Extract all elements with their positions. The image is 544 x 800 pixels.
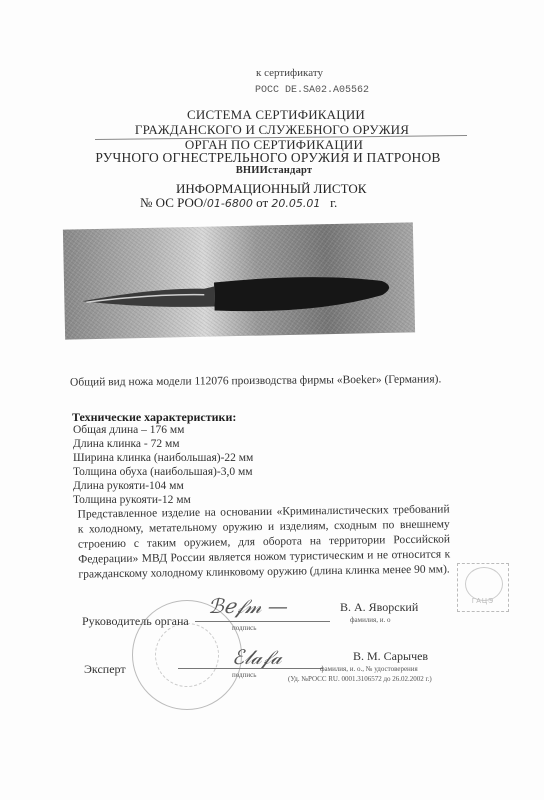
head-signature-line [195,621,330,622]
header-line-institute: ВНИИстандарт [2,165,544,176]
spec-item: Длина клинка - 72 мм [73,438,180,450]
knife-icon [63,222,415,339]
knife-photo [63,222,415,339]
expert-signature-line [178,668,323,669]
spec-item: Длина рукояти-104 мм [73,480,184,492]
expert-signature-caption: подпись [232,671,256,679]
head-signature-icon: ℬℯ𝒻𝓂 — [208,594,288,618]
expert-name: В. М. Сарычев [353,649,428,664]
document-page: к сертификату РОСС DE.SA02.A05562 СИСТЕМ… [0,0,544,800]
head-role-label: Руководитель органа [82,614,189,629]
header-line-system: СИСТЕМА СЕРТИФИКАЦИИ [4,107,544,123]
date-handwritten: 20.05.01 [271,197,320,210]
gost-certification-mark: ГАЦЭ [457,563,509,612]
info-sheet-number: № ОС РОО/01-6800 от 20.05.01 г. [140,195,337,211]
number-prefix: № ОС РОО/ [140,195,207,210]
gost-mark-text: ГАЦЭ [458,598,508,605]
spec-item: Ширина клинка (наибольшая)-22 мм [73,452,253,464]
expert-signature-icon: ℰ𝓁𝒶𝒻𝒶 [232,645,282,669]
number-handwritten: 01-6800 [207,197,253,210]
spec-item: Общая длина – 176 мм [73,424,184,436]
header-line-firearms: РУЧНОГО ОГНЕСТРЕЛЬНОГО ОРУЖИЯ И ПАТРОНОВ [0,150,540,166]
photo-caption: Общий вид ножа модели 112076 производств… [70,373,441,388]
expert-name-caption: фамилия, и. о., № удостоверения [320,665,418,673]
spec-item: Толщина рукояти-12 мм [73,494,191,506]
head-signature-caption: подпись [232,624,256,632]
head-name-caption: фамилия, и. о [350,616,391,624]
head-name: В. А. Яворский [340,600,418,615]
gost-circle-icon [465,567,503,601]
year-suffix: г. [330,195,337,210]
date-prefix: от [256,195,268,210]
expert-role-label: Эксперт [84,662,126,677]
spec-item: Толщина обуха (наибольшая)-3,0 мм [73,466,253,478]
to-certificate-label: к сертификату [256,67,323,79]
specs-title: Технические характеристики: [72,410,236,425]
conclusion-paragraph: Представленное изделие на основании «Кри… [77,502,450,582]
seal-inner-ring [155,623,219,687]
expert-certificate: (Уд. №РОСС RU. 0001.3106572 до 26.02.200… [288,675,432,683]
certificate-number: РОСС DE.SA02.A05562 [255,85,369,96]
